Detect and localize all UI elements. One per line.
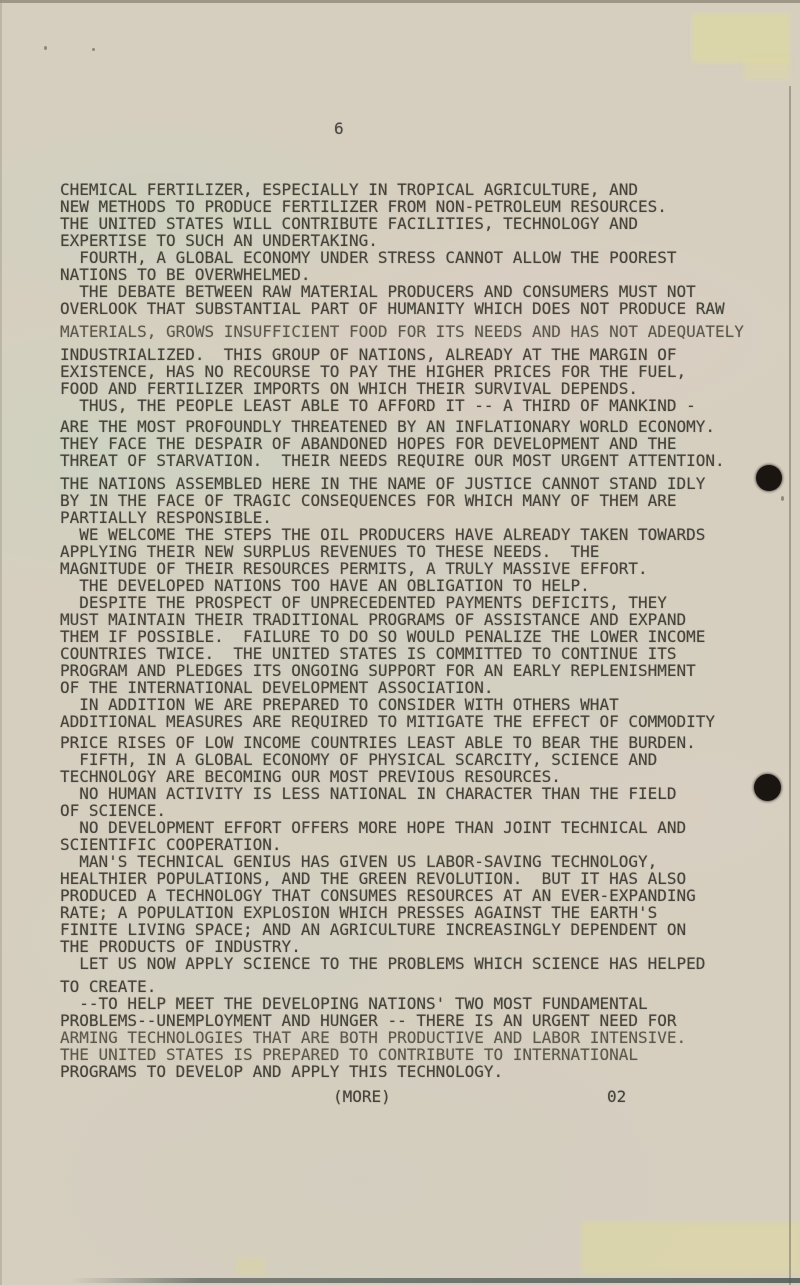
yellow-stain-top-right-2 bbox=[744, 58, 790, 80]
yellow-stain-bottom-small bbox=[236, 1257, 266, 1275]
text-line: PROGRAM AND PLEDGES ITS ONGOING SUPPORT … bbox=[60, 662, 760, 679]
text-line: LET US NOW APPLY SCIENCE TO THE PROBLEMS… bbox=[60, 955, 760, 972]
text-line: SCIENTIFIC COOPERATION. bbox=[60, 836, 760, 853]
text-line: THE NATIONS ASSEMBLED HERE IN THE NAME O… bbox=[60, 475, 760, 492]
text-line: APPLYING THEIR NEW SURPLUS REVENUES TO T… bbox=[60, 543, 760, 560]
paper-speck bbox=[781, 496, 784, 501]
text-line: MAN'S TECHNICAL GENIUS HAS GIVEN US LABO… bbox=[60, 853, 760, 870]
text-line: CHEMICAL FERTILIZER, ESPECIALLY IN TROPI… bbox=[60, 181, 760, 198]
text-line: DESPITE THE PROSPECT OF UNPRECEDENTED PA… bbox=[60, 594, 760, 611]
text-line: FOOD AND FERTILIZER IMPORTS ON WHICH THE… bbox=[60, 380, 760, 397]
text-line: ARE THE MOST PROFOUNDLY THREATENED BY AN… bbox=[60, 418, 760, 435]
text-line: OF SCIENCE. bbox=[60, 802, 760, 819]
scanned-document-page: 6 CHEMICAL FERTILIZER, ESPECIALLY IN TRO… bbox=[0, 0, 800, 1285]
text-line: THE PRODUCTS OF INDUSTRY. bbox=[60, 938, 760, 955]
text-line: ADDITIONAL MEASURES ARE REQUIRED TO MITI… bbox=[60, 713, 760, 730]
yellow-stain-top-right bbox=[692, 13, 790, 63]
text-line: NEW METHODS TO PRODUCE FERTILIZER FROM N… bbox=[60, 198, 760, 215]
text-line: PROBLEMS--UNEMPLOYMENT AND HUNGER -- THE… bbox=[60, 1012, 760, 1029]
text-line: ARMING TECHNOLOGIES THAT ARE BOTH PRODUC… bbox=[60, 1029, 760, 1046]
page-left-edge bbox=[0, 0, 2, 1285]
text-line: TO CREATE. bbox=[60, 978, 760, 995]
text-line: --TO HELP MEET THE DEVELOPING NATIONS' T… bbox=[60, 995, 760, 1012]
document-body: CHEMICAL FERTILIZER, ESPECIALLY IN TROPI… bbox=[60, 181, 760, 1080]
text-line: IN ADDITION WE ARE PREPARED TO CONSIDER … bbox=[60, 696, 760, 713]
text-line: WE WELCOME THE STEPS THE OIL PRODUCERS H… bbox=[60, 526, 760, 543]
text-line: THUS, THE PEOPLE LEAST ABLE TO AFFORD IT… bbox=[60, 397, 760, 414]
text-line: TECHNOLOGY ARE BECOMING OUR MOST PREVIOU… bbox=[60, 768, 760, 785]
text-line: OF THE INTERNATIONAL DEVELOPMENT ASSOCIA… bbox=[60, 679, 760, 696]
text-line: THEM IF POSSIBLE. FAILURE TO DO SO WOULD… bbox=[60, 628, 760, 645]
text-line: MAGNITUDE OF THEIR RESOURCES PERMITS, A … bbox=[60, 560, 760, 577]
text-line: RATE; A POPULATION EXPLOSION WHICH PRESS… bbox=[60, 904, 760, 921]
page-top-edge bbox=[0, 0, 800, 3]
text-line: FINITE LIVING SPACE; AND AN AGRICULTURE … bbox=[60, 921, 760, 938]
text-line: EXISTENCE, HAS NO RECOURSE TO PAY THE HI… bbox=[60, 363, 760, 380]
paper-speck bbox=[92, 48, 95, 51]
text-line: FIFTH, IN A GLOBAL ECONOMY OF PHYSICAL S… bbox=[60, 751, 760, 768]
text-line: NATIONS TO BE OVERWHELMED. bbox=[60, 266, 760, 283]
text-line: HEALTHIER POPULATIONS, AND THE GREEN REV… bbox=[60, 870, 760, 887]
paper-speck bbox=[44, 46, 47, 50]
yellow-stain-bottom-right bbox=[582, 1222, 800, 1274]
text-line: FOURTH, A GLOBAL ECONOMY UNDER STRESS CA… bbox=[60, 249, 760, 266]
text-line: MUST MAINTAIN THEIR TRADITIONAL PROGRAMS… bbox=[60, 611, 760, 628]
text-line: COUNTRIES TWICE. THE UNITED STATES IS CO… bbox=[60, 645, 760, 662]
text-line: THE UNITED STATES WILL CONTRIBUTE FACILI… bbox=[60, 215, 760, 232]
page-right-edge bbox=[789, 86, 791, 1285]
text-line: PRICE RISES OF LOW INCOME COUNTRIES LEAS… bbox=[60, 734, 760, 751]
text-line: THE UNITED STATES IS PREPARED TO CONTRIB… bbox=[60, 1046, 760, 1063]
text-line: NO DEVELOPMENT EFFORT OFFERS MORE HOPE T… bbox=[60, 819, 760, 836]
text-line: PROGRAMS TO DEVELOP AND APPLY THIS TECHN… bbox=[60, 1063, 760, 1080]
text-line: PRODUCED A TECHNOLOGY THAT CONSUMES RESO… bbox=[60, 887, 760, 904]
text-line: THEY FACE THE DESPAIR OF ABANDONED HOPES… bbox=[60, 435, 760, 452]
text-line: BY IN THE FACE OF TRAGIC CONSEQUENCES FO… bbox=[60, 492, 760, 509]
footer-more-label: (MORE) bbox=[333, 1087, 391, 1106]
text-line: EXPERTISE TO SUCH AN UNDERTAKING. bbox=[60, 232, 760, 249]
page-bottom-edge bbox=[70, 1278, 800, 1283]
text-line: THE DEVELOPED NATIONS TOO HAVE AN OBLIGA… bbox=[60, 577, 760, 594]
text-line: OVERLOOK THAT SUBSTANTIAL PART OF HUMANI… bbox=[60, 300, 760, 317]
text-line: THE DEBATE BETWEEN RAW MATERIAL PRODUCER… bbox=[60, 283, 760, 300]
text-line: INDUSTRIALIZED. THIS GROUP OF NATIONS, A… bbox=[60, 346, 760, 363]
text-line: THREAT OF STARVATION. THEIR NEEDS REQUIR… bbox=[60, 452, 760, 469]
text-line: PARTIALLY RESPONSIBLE. bbox=[60, 509, 760, 526]
text-line: MATERIALS, GROWS INSUFFICIENT FOOD FOR I… bbox=[60, 323, 760, 340]
footer-page-code: 02 bbox=[607, 1087, 626, 1106]
text-line: NO HUMAN ACTIVITY IS LESS NATIONAL IN CH… bbox=[60, 785, 760, 802]
page-number: 6 bbox=[334, 119, 344, 138]
